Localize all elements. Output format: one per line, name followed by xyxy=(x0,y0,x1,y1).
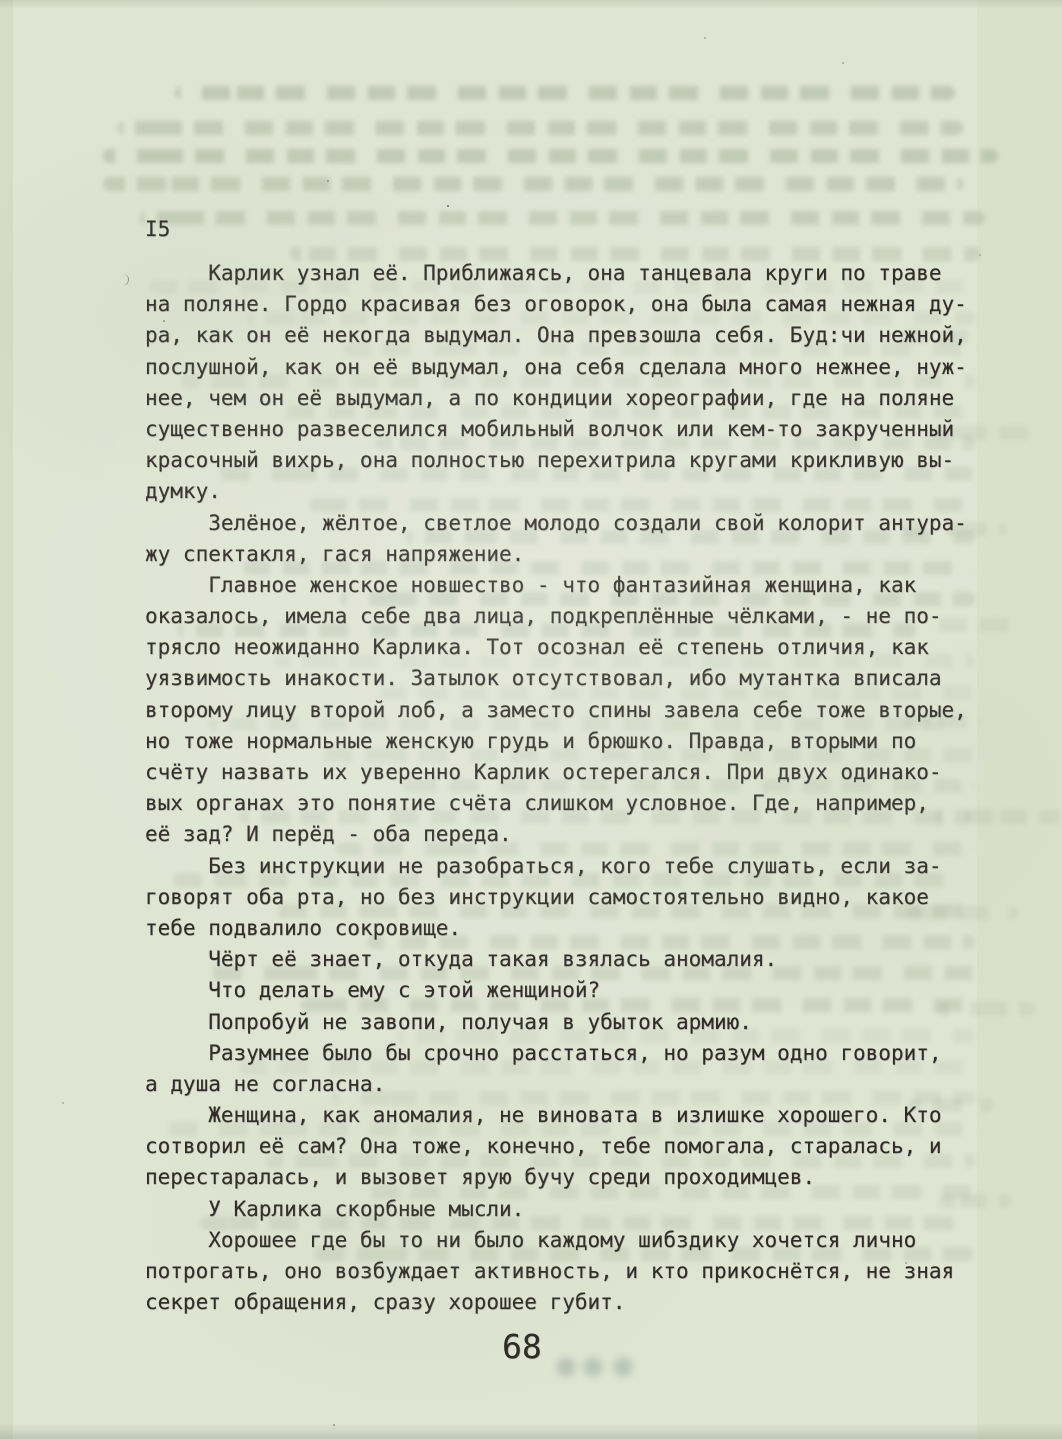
text-line: на поляне. Гордо красивая без оговорок, … xyxy=(145,289,967,320)
text-line: её зад? И перёд - оба переда. xyxy=(145,819,967,850)
text-line: но тоже нормальные женскую грудь и брюшк… xyxy=(145,726,967,757)
text-line: Без инструкции не разобраться, кого тебе… xyxy=(145,851,967,882)
text-line: а душа не согласна. xyxy=(145,1069,967,1100)
chapter-number: I5 xyxy=(145,217,170,241)
text-line: трясло неожиданно Карлика. Тот осознал е… xyxy=(145,632,967,663)
bleedthrough-line xyxy=(140,211,985,225)
body-text: Карлик узнал её. Приближаясь, она танцев… xyxy=(145,258,967,1318)
text-line: Главное женское новшество - что фантазий… xyxy=(145,570,967,601)
text-line: Хорошее где бы то ни было каждому шибзди… xyxy=(145,1225,967,1256)
text-line: счёту назвать их уверенно Карлик остерег… xyxy=(145,757,967,788)
text-line: ра, как он её некогда выдумал. Она превз… xyxy=(145,320,967,351)
text-line: вых органах это понятие счёта слишком ус… xyxy=(145,788,967,819)
scan-edge-right xyxy=(977,0,1062,1439)
text-line: Разумнее было бы срочно расстаться, но р… xyxy=(145,1038,967,1069)
bleedthrough-line xyxy=(118,121,963,135)
text-line: оказалось, имела себе два лица, подкрепл… xyxy=(145,601,967,632)
scan-edge-bottom xyxy=(0,1423,1062,1439)
text-line: уязвимость инакости. Затылок отсутствова… xyxy=(145,663,967,694)
text-line: Попробуй не завопи, получая в убыток арм… xyxy=(145,1007,967,1038)
bleedthrough-page-number xyxy=(548,1352,648,1382)
text-line: второму лицу второй лоб, а заместо спины… xyxy=(145,695,967,726)
text-line: жу спектакля, гася напряжение. xyxy=(145,539,967,570)
bleedthrough-line xyxy=(175,86,955,100)
scanned-page: I5 Карлик узнал её. Приближаясь, она тан… xyxy=(0,0,1062,1439)
text-line: существенно развеселился мобильный волчо… xyxy=(145,414,967,445)
stray-ink-mark xyxy=(120,274,130,287)
bleedthrough-line xyxy=(103,177,963,191)
text-line: красочный вихрь, она полностью перехитри… xyxy=(145,445,967,476)
text-line: нее, чем он её выдумал, а по кондиции хо… xyxy=(145,383,967,414)
text-line: думку. xyxy=(145,476,967,507)
text-line: Карлик узнал её. Приближаясь, она танцев… xyxy=(145,258,967,289)
text-line: У Карлика скорбные мысли. xyxy=(145,1194,967,1225)
text-line: Что делать ему с этой женщиной? xyxy=(145,975,967,1006)
text-line: Чёрт её знает, откуда такая взялась аном… xyxy=(145,944,967,975)
text-line: сотворил её сам? Она тоже, конечно, тебе… xyxy=(145,1131,967,1162)
text-line: потрогать, оно возбуждает активность, и … xyxy=(145,1256,967,1287)
bleedthrough-line xyxy=(103,149,998,163)
text-line: говорят оба рта, но без инструкции самос… xyxy=(145,882,967,913)
page-number: 68 xyxy=(502,1329,542,1365)
scan-edge-left xyxy=(0,0,13,1439)
text-line: секрет обращения, сразу хорошее губит. xyxy=(145,1287,967,1318)
text-line: Зелёное, жёлтое, светлое молодо создали … xyxy=(145,508,967,539)
text-line: Женщина, как аномалия, не виновата в изл… xyxy=(145,1100,967,1131)
scan-edge-top xyxy=(0,0,1062,9)
text-line: тебе подвалило сокровище. xyxy=(145,913,967,944)
text-line: послушной, как он её выдумал, она себя с… xyxy=(145,352,967,383)
text-line: перестаралась, и вызовет ярую бучу среди… xyxy=(145,1162,967,1193)
